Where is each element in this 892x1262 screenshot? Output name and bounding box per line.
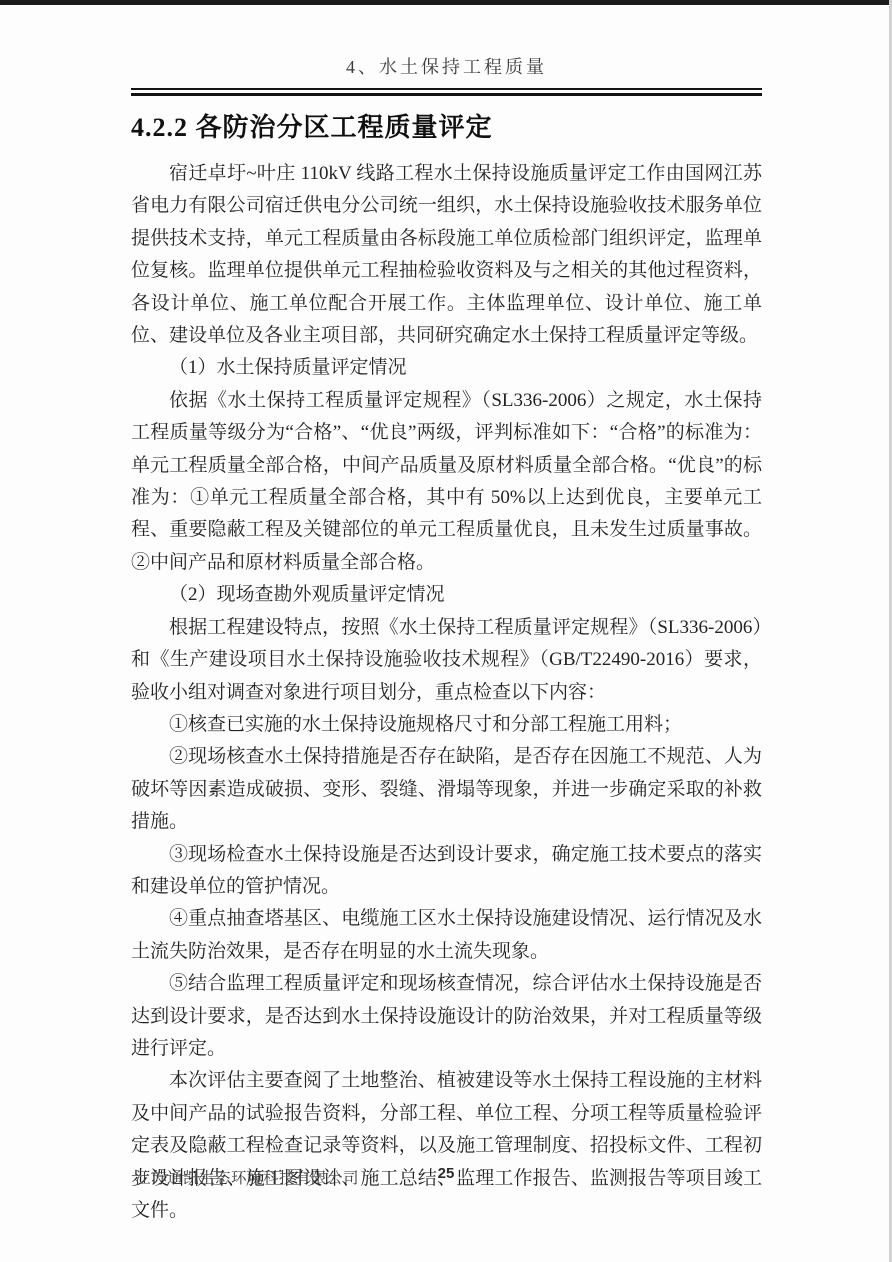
document-page: 4、水土保持工程质量 4.2.2 各防治分区工程质量评定 宿迁卓圩~叶庄 110… (0, 0, 892, 1262)
paragraph-documents-review: 本次评估主要查阅了土地整治、植被建设等水土保持工程设施的主材料及中间产品的试验报… (131, 1065, 762, 1227)
content-column: 4、水土保持工程质量 4.2.2 各防治分区工程质量评定 宿迁卓圩~叶庄 110… (131, 0, 762, 1227)
footer-page-number: 25 (0, 1165, 892, 1182)
list-item-4: ④重点抽查塔基区、电缆施工区水土保持设施建设情况、运行情况及水土流失防治效果，是… (131, 903, 762, 968)
paragraph-quality-criteria: 依据《水土保持工程质量评定规程》（SL336-2006）之规定，水土保持工程质量… (131, 385, 762, 579)
paragraph-site-inspection: 根据工程建设特点，按照《水土保持工程质量评定规程》（SL336-2006）和《生… (131, 612, 762, 709)
running-header-title: 4、水土保持工程质量 (131, 53, 762, 79)
list-item-1: ①核查已实施的水土保持设施规格尺寸和分部工程施工用料； (131, 709, 762, 741)
subheading-item-2: （2）现场查勘外观质量评定情况 (131, 579, 762, 611)
list-item-2: ②现场核查水土保持措施是否存在缺陷，是否存在因施工不规范、人为破坏等因素造成破损… (131, 741, 762, 838)
paragraph-intro: 宿迁卓圩~叶庄 110kV 线路工程水土保持设施质量评定工作由国网江苏省电力有限… (131, 158, 762, 352)
page-header: 4、水土保持工程质量 (131, 53, 762, 96)
section-heading: 4.2.2 各防治分区工程质量评定 (131, 111, 762, 145)
list-item-3: ③现场检查水土保持设施是否达到设计要求，确定施工技术要点的落实和建设单位的管护情… (131, 839, 762, 904)
subheading-item-1: （1）水土保持质量评定情况 (131, 352, 762, 384)
page-footer: 江苏通凯生态环境科技有限公司 25 (0, 1163, 892, 1193)
list-item-5: ⑤结合监理工程质量评定和现场核查情况，综合评估水土保持设施是否达到设计要求，是否… (131, 968, 762, 1065)
document-body: 宿迁卓圩~叶庄 110kV 线路工程水土保持设施质量评定工作由国网江苏省电力有限… (131, 158, 762, 1227)
header-divider (131, 88, 762, 96)
